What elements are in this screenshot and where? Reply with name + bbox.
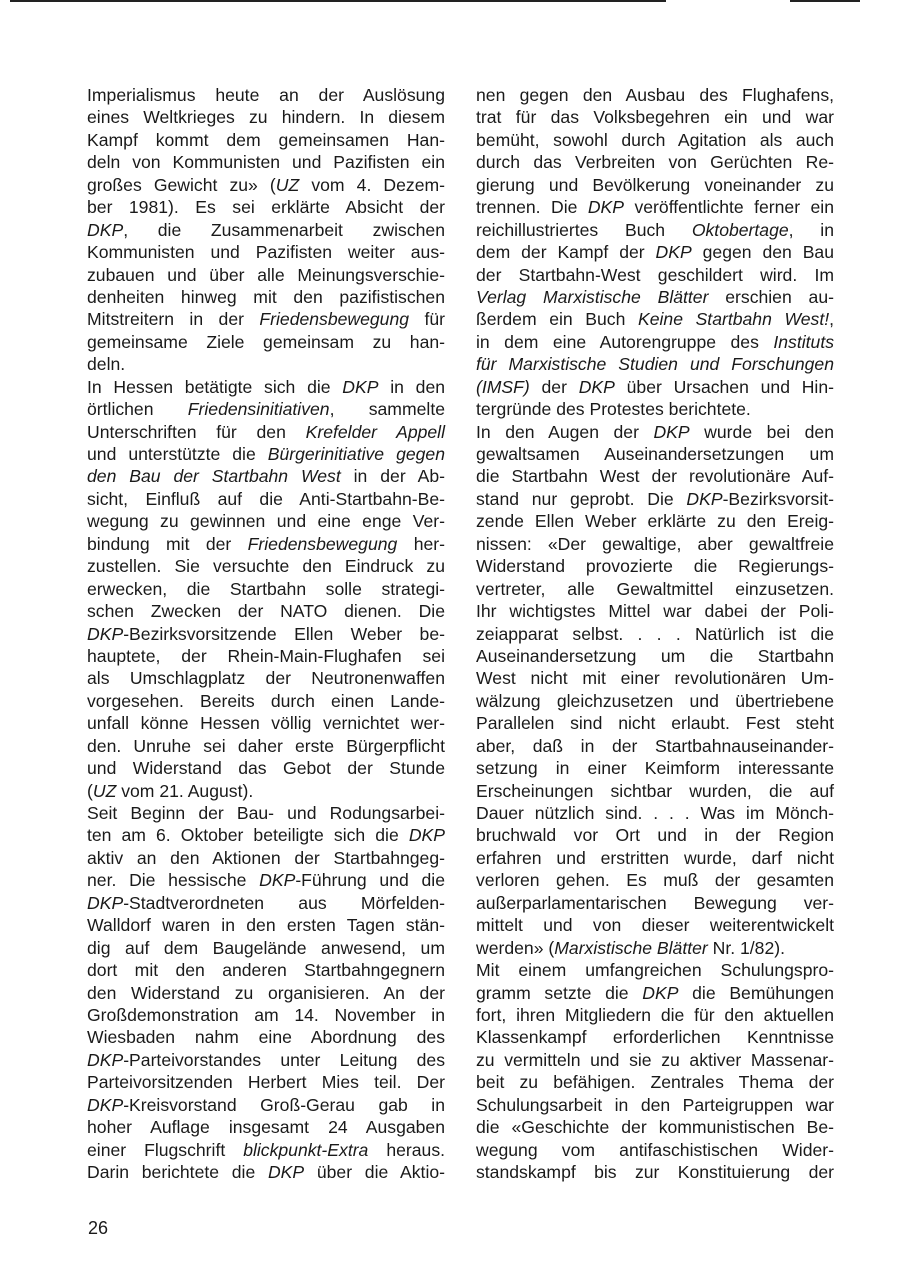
text-line: DKP-Bezirksvorsitzende Ellen Weber be-	[87, 623, 445, 645]
text-line: Unterschriften für den Krefelder Appell	[87, 421, 445, 443]
text-line: DKP-Stadtverordneten aus Mörfelden-	[87, 892, 445, 914]
text-line: wegung zu gewinnen und eine enge Ver-	[87, 510, 445, 532]
text-line: Mit einem umfangreichen Schulungspro-	[476, 959, 834, 981]
text-line: Imperialismus heute an der Auslösung	[87, 84, 445, 106]
text-line: In den Augen der DKP wurde bei den	[476, 421, 834, 443]
text-line: die Startbahn West der revolutionäre Auf…	[476, 465, 834, 487]
text-line: vorgesehen. Bereits durch einen Lande-	[87, 690, 445, 712]
text-line: außerparlamentarischen Bewegung ver-	[476, 892, 834, 914]
text-line: Auseinandersetzung um die Startbahn	[476, 645, 834, 667]
text-line: beit zu befähigen. Zentrales Thema der	[476, 1071, 834, 1093]
text-line: bemüht, sowohl durch Agitation als auch	[476, 129, 834, 151]
page-number: 26	[88, 1218, 108, 1239]
text-line: gemeinsame Ziele gemeinsam zu han-	[87, 331, 445, 353]
text-line: den. Unruhe sei daher erste Bürgerpflich…	[87, 735, 445, 757]
text-line: dort mit den anderen Startbahngegnern	[87, 959, 445, 981]
text-line: großes Gewicht zu» (UZ vom 4. Dezem-	[87, 174, 445, 196]
text-line: denheiten hinweg mit den pazifistischen	[87, 286, 445, 308]
text-line: Klassenkampf erforderlichen Kenntnisse	[476, 1026, 834, 1048]
text-line: Parallelen sind nicht erlaubt. Fest steh…	[476, 712, 834, 734]
text-line: Erscheinungen sichtbar wurden, die auf	[476, 780, 834, 802]
text-line: Widerstand provozierte die Regierungs-	[476, 555, 834, 577]
text-line: Kommunisten und Pazifisten weiter aus-	[87, 241, 445, 263]
text-line: den Bau der Startbahn West in der Ab-	[87, 465, 445, 487]
text-line: gewaltsamen Auseinandersetzungen um	[476, 443, 834, 465]
text-line: deln von Kommunisten und Pazifisten ein	[87, 151, 445, 173]
text-line: verloren gehen. Es muß der gesamten	[476, 869, 834, 891]
text-line: Seit Beginn der Bau- und Rodungsarbei-	[87, 802, 445, 824]
text-line: zeiapparat selbst. . . . Natürlich ist d…	[476, 623, 834, 645]
text-line: (IMSF) der DKP über Ursachen und Hin-	[476, 376, 834, 398]
text-line: Dauer nützlich sind. . . . Was im Mönch-	[476, 802, 834, 824]
text-line: der Startbahn-West geschildert wird. Im	[476, 264, 834, 286]
text-line: aber, daß in der Startbahnauseinander-	[476, 735, 834, 757]
text-line: zubauen und über alle Meinungsverschie-	[87, 264, 445, 286]
text-line: Kampf kommt dem gemeinsamen Han-	[87, 129, 445, 151]
text-line: Mitstreitern in der Friedensbewegung für	[87, 308, 445, 330]
text-line: zu vermitteln und sie zu aktiver Massena…	[476, 1049, 834, 1071]
text-line: Parteivorsitzenden Herbert Mies teil. De…	[87, 1071, 445, 1093]
text-line: Verlag Marxistische Blätter erschien au-	[476, 286, 834, 308]
text-line: dem der Kampf der DKP gegen den Bau	[476, 241, 834, 263]
text-line: zustellen. Sie versuchte den Eindruck zu	[87, 555, 445, 577]
text-line: Walldorf waren in den ersten Tagen stän-	[87, 914, 445, 936]
text-line: hauptete, der Rhein-Main-Flughafen sei	[87, 645, 445, 667]
text-line: DKP, die Zusammenarbeit zwischen	[87, 219, 445, 241]
text-line: dig auf dem Baugelände anwesend, um	[87, 937, 445, 959]
text-line: nen gegen den Ausbau des Flughafens,	[476, 84, 834, 106]
text-line: erwecken, die Startbahn solle strategi-	[87, 578, 445, 600]
text-line: Großdemonstration am 14. November in	[87, 1004, 445, 1026]
text-line: stand nur geprobt. Die DKP-Bezirksvorsit…	[476, 488, 834, 510]
text-line: ner. Die hessische DKP-Führung und die	[87, 869, 445, 891]
text-line: aktiv an den Aktionen der Startbahngeg-	[87, 847, 445, 869]
text-line: bruchwald vor Ort und in der Region	[476, 824, 834, 846]
text-line: örtlichen Friedensinitiativen, sammelte	[87, 398, 445, 420]
text-line: Darin berichtete die DKP über die Aktio-	[87, 1161, 445, 1183]
text-line: gramm setzte die DKP die Bemühungen	[476, 982, 834, 1004]
text-line: hoher Auflage insgesamt 24 Ausgaben	[87, 1116, 445, 1138]
text-line: gierung und Bevölkerung voneinander zu	[476, 174, 834, 196]
text-line: Wiesbaden nahm eine Abordnung des	[87, 1026, 445, 1048]
text-line: Ihr wichtigstes Mittel war dabei der Pol…	[476, 600, 834, 622]
text-line: (UZ vom 21. August).	[87, 780, 445, 802]
text-line: tergründe des Protestes berichtete.	[476, 398, 834, 420]
text-line: werden» (Marxistische Blätter Nr. 1/82).	[476, 937, 834, 959]
text-line: nissen: «Der gewaltige, aber gewaltfreie	[476, 533, 834, 555]
text-line: wegung vom antifaschistischen Wider-	[476, 1139, 834, 1161]
text-line: wälzung gleichzusetzen und übertriebene	[476, 690, 834, 712]
text-line: sicht, Einfluß auf die Anti-Startbahn-Be…	[87, 488, 445, 510]
text-line: eines Weltkrieges zu hindern. In diesem	[87, 106, 445, 128]
text-line: und Widerstand das Gebot der Stunde	[87, 757, 445, 779]
text-line: reichillustriertes Buch Oktobertage, in	[476, 219, 834, 241]
text-line: In Hessen betätigte sich die DKP in den	[87, 376, 445, 398]
text-line: DKP-Kreisvorstand Groß-Gerau gab in	[87, 1094, 445, 1116]
text-line: als Umschlagplatz der Neutronenwaffen	[87, 667, 445, 689]
text-line: und unterstützte die Bürgerinitiative ge…	[87, 443, 445, 465]
text-line: trat für das Volksbegehren ein und war	[476, 106, 834, 128]
text-line: vertreter, alle Gewaltmittel einzusetzen…	[476, 578, 834, 600]
text-line: erfahren und erstritten wurde, darf nich…	[476, 847, 834, 869]
text-line: ber 1981). Es sei erklärte Absicht der	[87, 196, 445, 218]
text-line: ßerdem ein Buch Keine Startbahn West!,	[476, 308, 834, 330]
text-line: einer Flugschrift blickpunkt-Extra herau…	[87, 1139, 445, 1161]
text-line: deln.	[87, 353, 445, 375]
text-line: mittelt und von dieser weiterentwickelt	[476, 914, 834, 936]
top-rule	[10, 0, 666, 2]
text-line: trennen. Die DKP veröffentlichte ferner …	[476, 196, 834, 218]
text-line: den Widerstand zu organisieren. An der	[87, 982, 445, 1004]
text-line: setzung in einer Keimform interessante	[476, 757, 834, 779]
text-line: ten am 6. Oktober beteiligte sich die DK…	[87, 824, 445, 846]
text-line: die «Geschichte der kommunistischen Be-	[476, 1116, 834, 1138]
text-line: durch das Verbreiten von Gerüchten Re-	[476, 151, 834, 173]
left-column: Imperialismus heute an der Auslösungeine…	[87, 84, 445, 1183]
text-line: zende Ellen Weber erklärte zu den Ereig-	[476, 510, 834, 532]
text-line: fort, ihren Mitgliedern die für den aktu…	[476, 1004, 834, 1026]
text-line: standskampf bis zur Konstituierung der	[476, 1161, 834, 1183]
text-line: West nicht mit einer revolutionären Um-	[476, 667, 834, 689]
text-line: unfall könne Hessen völlig vernichtet we…	[87, 712, 445, 734]
text-line: DKP-Parteivorstandes unter Leitung des	[87, 1049, 445, 1071]
text-line: bindung mit der Friedensbewegung her-	[87, 533, 445, 555]
top-rule-right	[790, 0, 860, 2]
right-column: nen gegen den Ausbau des Flughafens,trat…	[476, 84, 834, 1183]
text-line: Schulungsarbeit in den Parteigruppen war	[476, 1094, 834, 1116]
text-line: für Marxistische Studien und Forschungen	[476, 353, 834, 375]
text-line: schen Zwecken der NATO dienen. Die	[87, 600, 445, 622]
text-line: in dem eine Autorengruppe des Instituts	[476, 331, 834, 353]
